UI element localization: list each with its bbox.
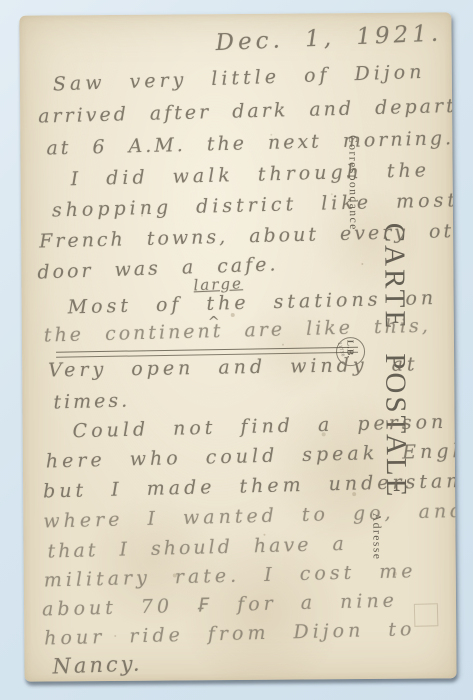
postcard: Correspondance CARTE POSTALE Adresse 217… bbox=[19, 12, 456, 681]
handwriting-line: Nancy. bbox=[52, 651, 143, 678]
handwriting-line: times. bbox=[53, 390, 130, 414]
photo-background: Correspondance CARTE POSTALE Adresse 217… bbox=[0, 0, 473, 700]
card-speckles bbox=[19, 16, 21, 18]
faint-square-mark bbox=[414, 603, 439, 627]
